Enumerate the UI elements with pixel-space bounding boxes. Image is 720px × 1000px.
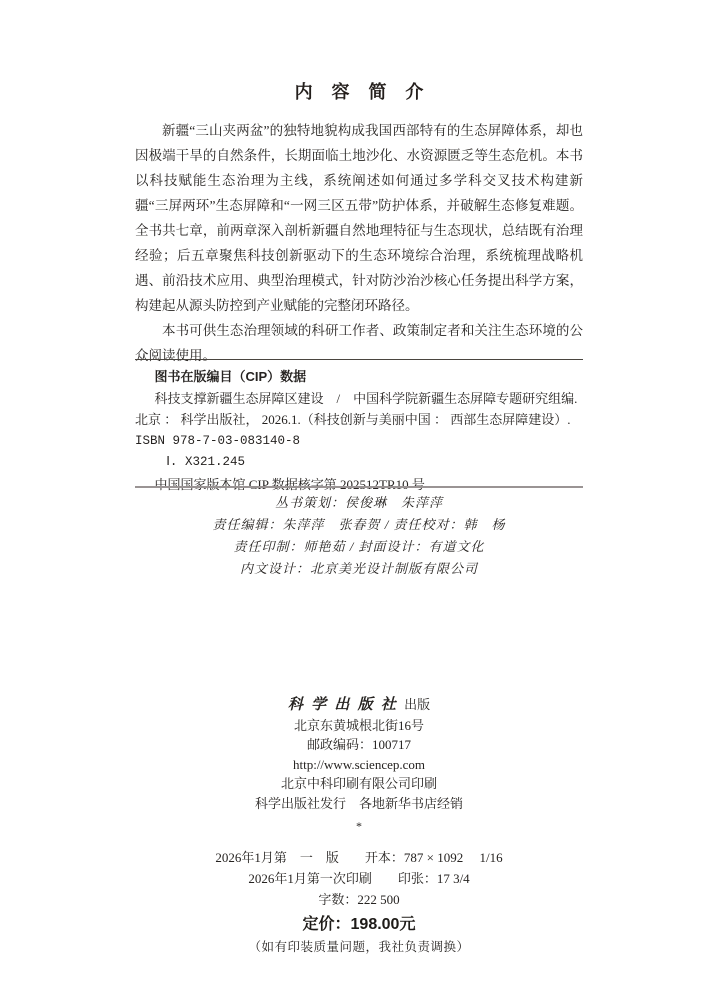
cip-imprint-line: 北京 ： 科学出版社， 2026.1.（科技创新与美丽中国 ： 西部生态屏障建设… bbox=[135, 409, 583, 431]
word-count-line: 字数：222 500 bbox=[135, 889, 583, 910]
intro-heading: 内容简介 bbox=[135, 78, 583, 104]
colophon: 科学出版社出版 北京东黄城根北街16号 邮政编码：100717 http://w… bbox=[135, 695, 583, 958]
cip-classification: Ⅰ. X321.245 bbox=[135, 452, 583, 474]
publisher-address: 北京东黄城根北街16号 bbox=[135, 716, 583, 736]
publisher-logo-line: 科学出版社出版 bbox=[135, 695, 583, 716]
price-line: 定价：198.00元 bbox=[135, 915, 583, 935]
printer-line: 北京中科印刷有限公司印刷 bbox=[135, 774, 583, 794]
intro-body: 新疆“三山夹两盆”的独特地貌构成我国西部特有的生态屏障体系，却也因极端干旱的自然… bbox=[135, 118, 583, 368]
printing-line: 2026年1月第一次印刷 印张：17 3/4 bbox=[135, 868, 583, 889]
credit-line-editors: 责任编辑：朱萍萍 张春贺 / 责任校对：韩 杨 bbox=[135, 514, 583, 536]
cip-heading: 图书在版编目（CIP）数据 bbox=[135, 366, 583, 388]
book-copyright-page: 内容简介 新疆“三山夹两盆”的独特地貌构成我国西部特有的生态屏障体系，却也因极端… bbox=[0, 0, 720, 1000]
credit-line-interior-design: 内文设计：北京美光设计制版有限公司 bbox=[135, 558, 583, 580]
divider-bottom-rule bbox=[135, 486, 583, 488]
cip-section: 图书在版编目（CIP）数据 科技支撑新疆生态屏障区建设 / 中国科学院新疆生态屏… bbox=[135, 366, 583, 495]
intro-paragraph: 新疆“三山夹两盆”的独特地貌构成我国西部特有的生态屏障体系，却也因极端干旱的自然… bbox=[135, 118, 583, 318]
publisher-website: http://www.sciencep.com bbox=[135, 755, 583, 775]
publisher-logo-suffix: 出版 bbox=[404, 697, 430, 712]
edition-line: 2026年1月第 一 版 开本：787 × 1092 1/16 bbox=[135, 847, 583, 868]
publisher-logo: 科学出版社 bbox=[288, 697, 404, 713]
quality-note: （如有印装质量问题，我社负责调换） bbox=[135, 938, 583, 958]
cip-title-line: 科技支撑新疆生态屏障区建设 / 中国科学院新疆生态屏障专题研究组编. bbox=[135, 388, 583, 410]
intro-paragraph: 本书可供生态治理领域的科研工作者、政策制定者和关注生态环境的公众阅读使用。 bbox=[135, 318, 583, 368]
distribution-line: 科学出版社发行 各地新华书店经销 bbox=[135, 794, 583, 814]
separator-asterisk: * bbox=[135, 817, 583, 837]
credit-line-printing-cover: 责任印制：师艳茹 / 封面设计：有道文化 bbox=[135, 536, 583, 558]
credit-line-series-planning: 丛书策划：侯俊琳 朱萍萍 bbox=[135, 492, 583, 514]
staff-credits: 丛书策划：侯俊琳 朱萍萍 责任编辑：朱萍萍 张春贺 / 责任校对：韩 杨 责任印… bbox=[135, 492, 583, 580]
publisher-postcode: 邮政编码：100717 bbox=[135, 735, 583, 755]
divider-top-rule bbox=[135, 359, 583, 360]
cip-isbn: ISBN 978-7-03-083140-8 bbox=[135, 431, 583, 453]
